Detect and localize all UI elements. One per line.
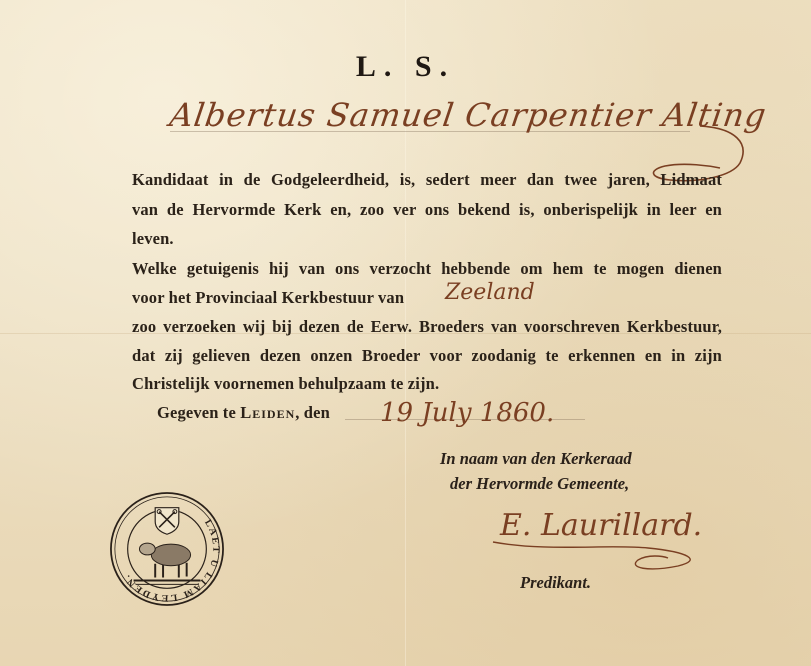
dateline-prefix: Gegeven te xyxy=(157,403,236,422)
paragraph2-line2-prefix: voor het Provinciaal Kerkbestuur van xyxy=(132,288,404,308)
paragraph2-line1: Welke getuigenis hij van ons verzocht he… xyxy=(132,259,722,279)
lamb-icon xyxy=(134,543,201,584)
keys-shield-icon xyxy=(155,508,179,535)
paragraph1-line2: van de Hervormde Kerk en, zoo ver ons be… xyxy=(132,200,722,220)
document-heading: L. S. xyxy=(0,50,811,84)
dateline: Gegeven te Leiden, den xyxy=(157,403,330,423)
paragraph2-line5: Christelijk voornemen behulpzaam te zijn… xyxy=(132,374,439,394)
leiden-seal-stamp: LAET U LIAM LEYDEN. xyxy=(108,490,226,608)
dateline-place: Leiden xyxy=(240,403,295,422)
paragraph1-line3: leven. xyxy=(132,229,174,249)
dateline-suffix: , den xyxy=(295,403,330,422)
closing-line1: In naam van den Kerkeraad xyxy=(440,449,632,469)
paragraph1-line1: Kandidaat in de Godgeleerdheid, is, sede… xyxy=(132,170,722,190)
closing-line2: der Hervormde Gemeente, xyxy=(450,474,629,494)
paragraph2-line4: dat zij gelieven dezen onzen Broeder voo… xyxy=(132,346,722,366)
paragraph2-line3: zoo verzoeken wij bij dezen de Eerw. Bro… xyxy=(132,317,722,337)
signatory-title: Predikant. xyxy=(520,573,591,593)
province-handwritten: Zeeland xyxy=(445,280,535,305)
certificate-document: L. S. Albertus Samuel Carpentier Alting … xyxy=(0,0,811,666)
date-handwritten: 19 July 1860. xyxy=(380,398,554,428)
signature-flourish xyxy=(488,530,728,575)
